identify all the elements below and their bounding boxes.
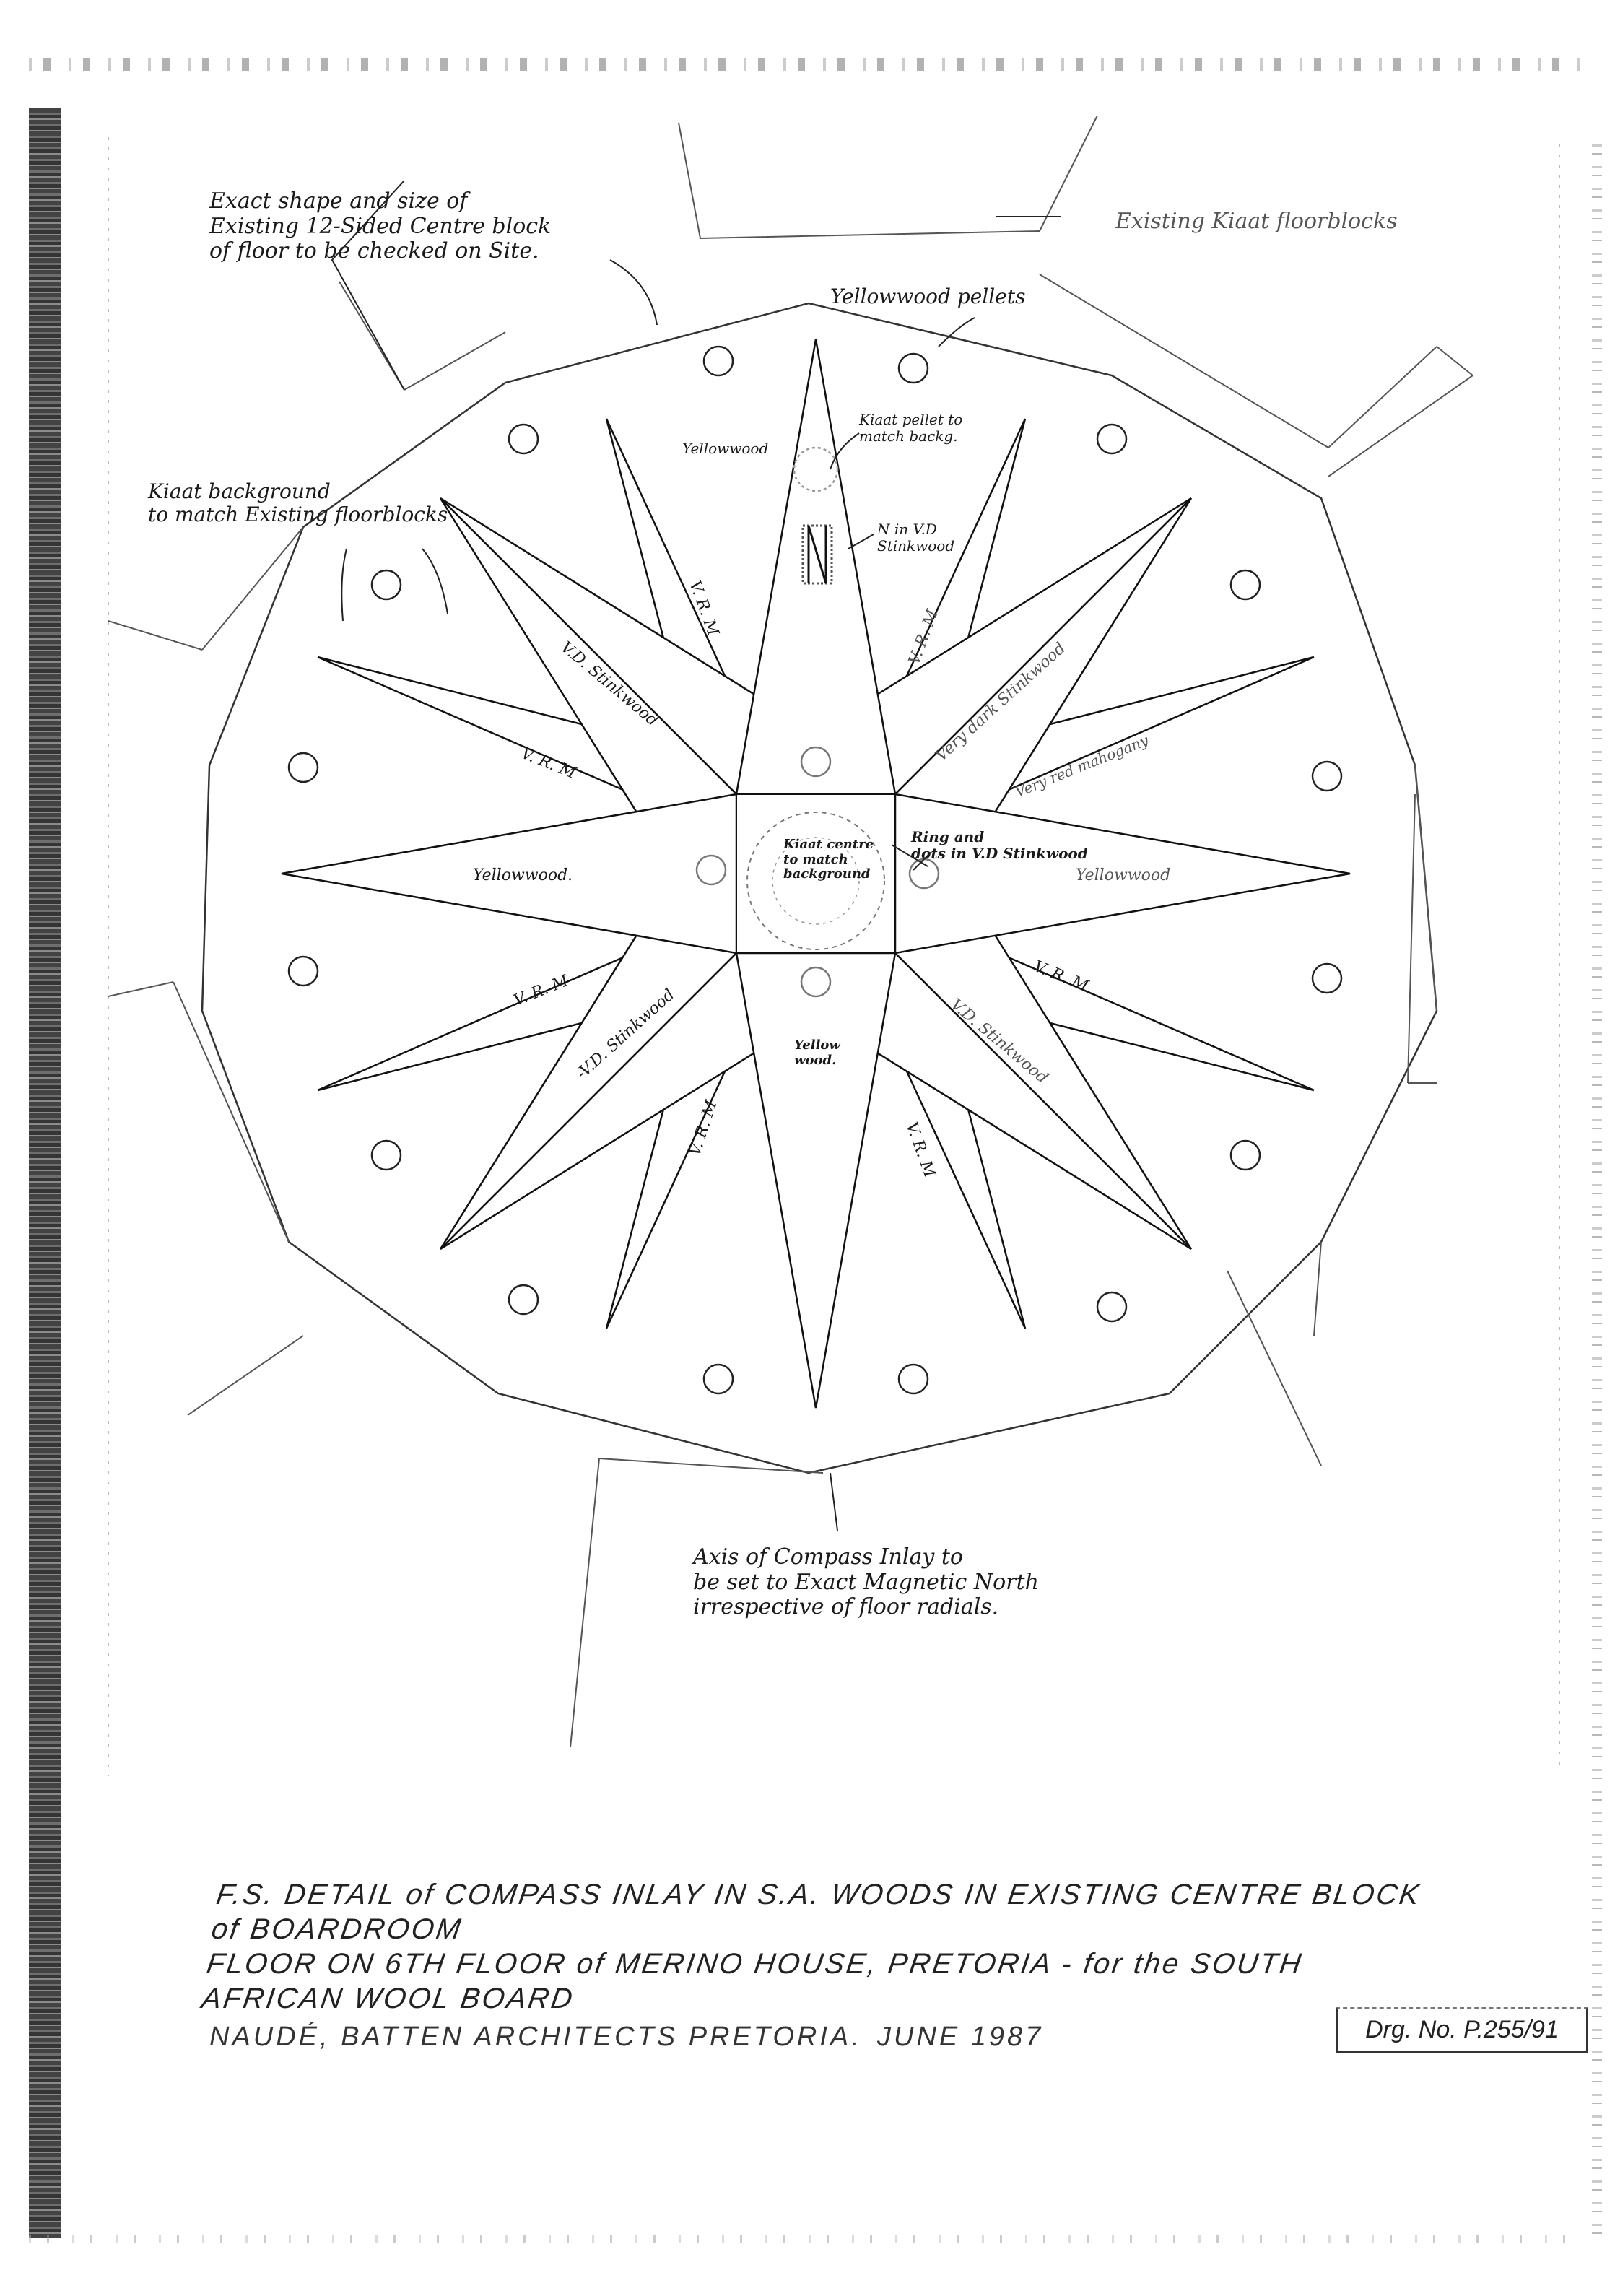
title-block: F.S. DETAIL of COMPASS INLAY IN S.A. WOO… bbox=[200, 1877, 1432, 2016]
note-line: Kiaat centre bbox=[783, 838, 874, 853]
note-line: Kiaat pellet to bbox=[859, 412, 962, 428]
note-line: be set to Exact Magnetic North bbox=[693, 1570, 1039, 1596]
kiaat-pellet-note: Kiaat pellet to match backg. bbox=[859, 412, 962, 445]
label-yellowwood-east: Yellowwood bbox=[1076, 866, 1170, 884]
title-line-2: FLOOR ON 6TH FLOOR of MERINO HOUSE, PRET… bbox=[200, 1947, 1422, 2016]
drawing-number-box: Drg. No. P.255/91 bbox=[1336, 2007, 1588, 2053]
note-line: Ring and bbox=[911, 829, 1088, 845]
note-line: irrespective of floor radials. bbox=[693, 1595, 1039, 1620]
label-yellowwood-south: Yellow wood. bbox=[794, 1038, 840, 1068]
note-line: background bbox=[783, 867, 874, 882]
yellowwood-north-label: Yellowwood bbox=[682, 440, 768, 457]
note-line: Stinkwood bbox=[877, 538, 954, 555]
note-line: to match bbox=[783, 853, 874, 868]
note-line: N in V.D bbox=[877, 521, 954, 538]
note-line: match backg. bbox=[859, 428, 962, 445]
kiaat-centre-note: Kiaat centre to match background bbox=[783, 838, 874, 882]
drawing-date: JUNE 1987 bbox=[877, 2022, 1043, 2053]
note-line: to match Existing floorblocks bbox=[148, 503, 448, 526]
note-line: Exact shape and size of bbox=[209, 189, 551, 214]
title-line-1: F.S. DETAIL of COMPASS INLAY IN S.A. WOO… bbox=[209, 1877, 1432, 1947]
note-line: wood. bbox=[794, 1053, 840, 1069]
label-yellowwood-west: Yellowwood. bbox=[473, 866, 573, 884]
ring-and-dots-note: Ring and dots in V.D Stinkwood bbox=[911, 829, 1088, 862]
axis-note: Axis of Compass Inlay to be set to Exact… bbox=[693, 1545, 1039, 1620]
note-line: Kiaat background bbox=[148, 480, 448, 503]
note-line: Yellow bbox=[794, 1038, 840, 1053]
drawing-number: Drg. No. P.255/91 bbox=[1365, 2016, 1559, 2044]
note-line: of floor to be checked on Site. bbox=[209, 239, 551, 264]
yellowwood-pellets-note: Yellowwood pellets bbox=[830, 285, 1025, 308]
note-line: Existing 12-Sided Centre block bbox=[209, 214, 551, 240]
centre-block-note: Exact shape and size of Existing 12-Side… bbox=[209, 189, 551, 264]
note-line: Axis of Compass Inlay to bbox=[693, 1545, 1039, 1570]
architects-credit: NAUDÉ, BATTEN ARCHITECTS PRETORIA. bbox=[209, 2022, 862, 2053]
existing-floorblocks-note: Existing Kiaat floorblocks bbox=[1115, 209, 1398, 235]
note-line: dots in V.D Stinkwood bbox=[911, 845, 1088, 862]
kiaat-background-note: Kiaat background to match Existing floor… bbox=[148, 480, 448, 526]
n-in-stinkwood-note: N in V.D Stinkwood bbox=[877, 521, 954, 555]
